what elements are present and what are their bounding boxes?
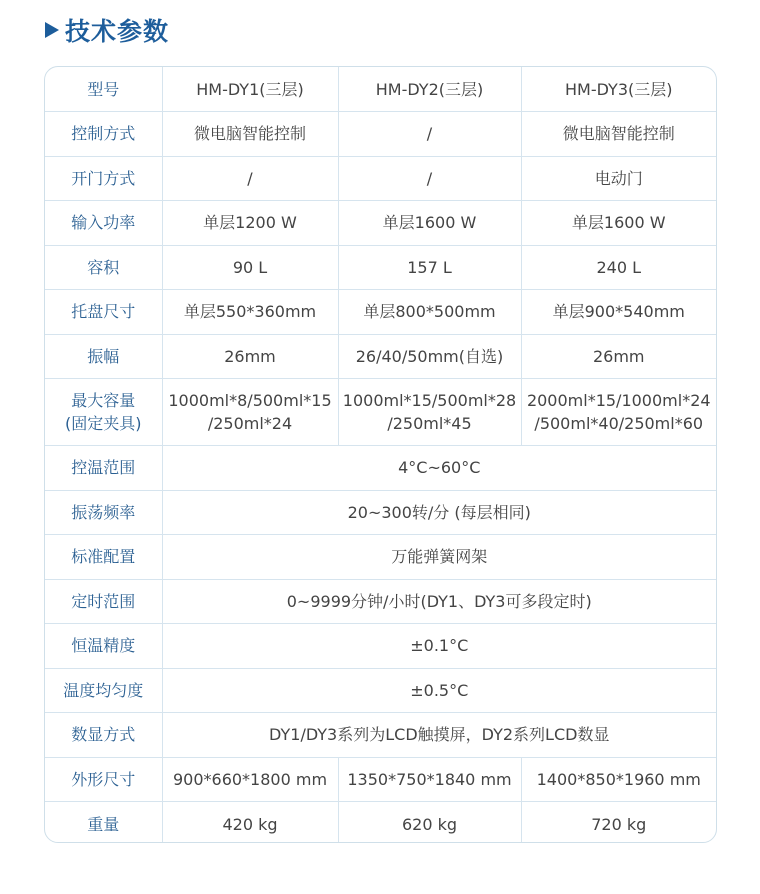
row-label: 标准配置 (45, 535, 162, 580)
table-row: 振荡频率 20~300转/分 (每层相同) (45, 490, 716, 535)
table-cell: 微电脑智能控制 (162, 112, 338, 157)
row-label: 外形尺寸 (45, 757, 162, 802)
row-label: 最大容量 (固定夹具) (45, 379, 162, 446)
table-cell: 720 kg (521, 802, 716, 844)
table-cell-merged: 0~9999分钟/小时(DY1、DY3可多段定时) (162, 579, 716, 624)
table-cell: 电动门 (521, 156, 716, 201)
table-cell-merged: ±0.5°C (162, 668, 716, 713)
row-label: 温度均匀度 (45, 668, 162, 713)
table-cell: 240 L (521, 245, 716, 290)
section-title: 技术参数 (45, 12, 169, 48)
table-cell: 单层900*540mm (521, 290, 716, 335)
table-cell: / (338, 156, 521, 201)
spec-table: 型号 HM-DY1(三层) HM-DY2(三层) HM-DY3(三层) 控制方式… (44, 66, 717, 843)
row-label-line: (固定夹具) (47, 412, 160, 435)
table-row: 恒温精度 ±0.1°C (45, 624, 716, 669)
table-cell: 900*660*1800 mm (162, 757, 338, 802)
table-cell-merged: ±0.1°C (162, 624, 716, 669)
table-cell-merged: 4°C~60°C (162, 446, 716, 491)
table-cell: 1350*750*1840 mm (338, 757, 521, 802)
table-row: 温度均匀度 ±0.5°C (45, 668, 716, 713)
model-cell: HM-DY3(三层) (521, 67, 716, 112)
model-cell: HM-DY1(三层) (162, 67, 338, 112)
table-row: 输入功率 单层1200 W 单层1600 W 单层1600 W (45, 201, 716, 246)
table-row: 容积 90 L 157 L 240 L (45, 245, 716, 290)
row-label: 振荡频率 (45, 490, 162, 535)
table-cell: 26mm (162, 334, 338, 379)
table-header-row: 型号 HM-DY1(三层) HM-DY2(三层) HM-DY3(三层) (45, 67, 716, 112)
table-cell: 1000ml*15/500ml*28 /250ml*45 (338, 379, 521, 446)
section-title-text: 技术参数 (65, 12, 169, 48)
table-cell: 620 kg (338, 802, 521, 844)
row-label-line: 最大容量 (47, 389, 160, 412)
table-row: 控温范围 4°C~60°C (45, 446, 716, 491)
table-cell: 单层1600 W (338, 201, 521, 246)
table-row: 标准配置 万能弹簧网架 (45, 535, 716, 580)
row-label: 重量 (45, 802, 162, 844)
table-cell: 单层550*360mm (162, 290, 338, 335)
row-label: 数显方式 (45, 713, 162, 758)
table-cell: 微电脑智能控制 (521, 112, 716, 157)
table-row: 定时范围 0~9999分钟/小时(DY1、DY3可多段定时) (45, 579, 716, 624)
table-cell: 1400*850*1960 mm (521, 757, 716, 802)
table-cell: 单层800*500mm (338, 290, 521, 335)
cell-line: /250ml*45 (341, 412, 519, 435)
cell-line: 1000ml*15/500ml*28 (341, 389, 519, 412)
table-row: 数显方式 DY1/DY3系列为LCD触摸屏，DY2系列LCD数显 (45, 713, 716, 758)
table-cell: 157 L (338, 245, 521, 290)
table-cell: / (162, 156, 338, 201)
row-label: 容积 (45, 245, 162, 290)
table-cell: 26/40/50mm(自选) (338, 334, 521, 379)
table-cell: 1000ml*8/500ml*15 /250ml*24 (162, 379, 338, 446)
cell-line: 2000ml*15/1000ml*24 (524, 389, 715, 412)
table-cell: 26mm (521, 334, 716, 379)
table-cell-merged: 20~300转/分 (每层相同) (162, 490, 716, 535)
table-row: 外形尺寸 900*660*1800 mm 1350*750*1840 mm 14… (45, 757, 716, 802)
row-label: 振幅 (45, 334, 162, 379)
row-label: 开门方式 (45, 156, 162, 201)
row-label: 输入功率 (45, 201, 162, 246)
table-cell: 90 L (162, 245, 338, 290)
row-label: 托盘尺寸 (45, 290, 162, 335)
table-row: 托盘尺寸 单层550*360mm 单层800*500mm 单层900*540mm (45, 290, 716, 335)
table-row: 振幅 26mm 26/40/50mm(自选) 26mm (45, 334, 716, 379)
table-cell: 单层1200 W (162, 201, 338, 246)
triangle-right-icon (45, 22, 59, 38)
row-label: 型号 (45, 67, 162, 112)
table-row: 开门方式 / / 电动门 (45, 156, 716, 201)
row-label: 恒温精度 (45, 624, 162, 669)
row-label: 控制方式 (45, 112, 162, 157)
table-cell: 单层1600 W (521, 201, 716, 246)
table-row: 控制方式 微电脑智能控制 / 微电脑智能控制 (45, 112, 716, 157)
cell-line: /500ml*40/250ml*60 (524, 412, 715, 435)
cell-line: 1000ml*8/500ml*15 (165, 389, 336, 412)
table-cell: 420 kg (162, 802, 338, 844)
table-cell-merged: DY1/DY3系列为LCD触摸屏，DY2系列LCD数显 (162, 713, 716, 758)
table-cell: / (338, 112, 521, 157)
table-cell: 2000ml*15/1000ml*24 /500ml*40/250ml*60 (521, 379, 716, 446)
table-row: 最大容量 (固定夹具) 1000ml*8/500ml*15 /250ml*24 … (45, 379, 716, 446)
row-label: 控温范围 (45, 446, 162, 491)
row-label: 定时范围 (45, 579, 162, 624)
model-cell: HM-DY2(三层) (338, 67, 521, 112)
cell-line: /250ml*24 (165, 412, 336, 435)
table-cell-merged: 万能弹簧网架 (162, 535, 716, 580)
table-row: 重量 420 kg 620 kg 720 kg (45, 802, 716, 844)
